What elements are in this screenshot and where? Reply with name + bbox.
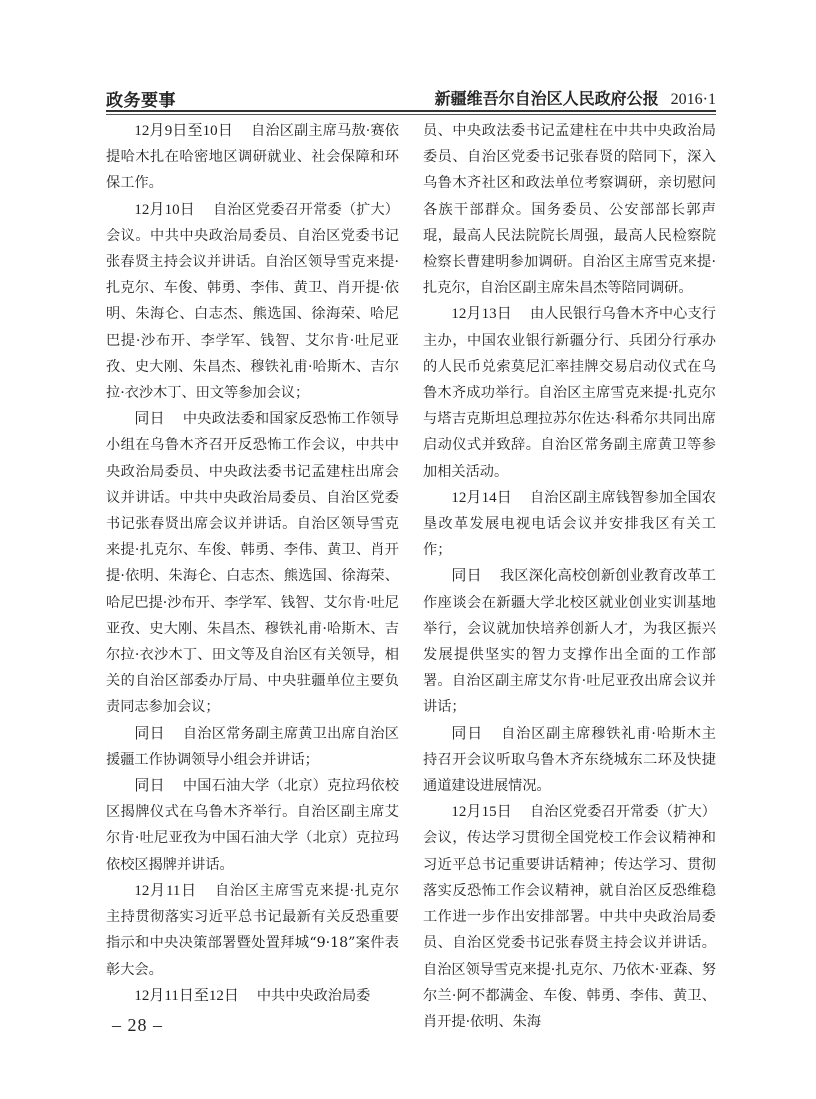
news-entry: 同日中央政法委和国家反恐怖工作领导小组在乌鲁木齐召开反恐怖工作会议，中共中央政治… [106, 406, 399, 720]
entry-date: 12月9日至10日 [134, 123, 233, 139]
news-entry: 12月9日至10日自治区副主席马敖·赛依提哈木扎在哈密地区调研就业、社会保障和环… [106, 118, 399, 197]
header-rule-thick [106, 110, 716, 112]
right-column: 员、中央政法委书记孟建柱在中共中央政治局委员、自治区党委书记张春贤的陪同下，深入… [423, 118, 716, 1035]
news-entry: 同日自治区副主席穆铁礼甫·哈斯木主持召开会议听取乌鲁木齐东绕城东二环及快捷通道建… [423, 721, 716, 800]
entry-date: 12月11日 [134, 883, 197, 899]
news-entry: 12月10日自治区党委召开常委（扩大）会议。中共中央政治局委员、自治区党委书记张… [106, 197, 399, 407]
news-entry: 12月15日自治区党委召开常委（扩大）会议，传达学习贯彻全国党校工作会议精神和习… [423, 799, 716, 1035]
entry-text: 自治区党委召开常委（扩大）会议。中共中央政治局委员、自治区党委书记张春贤主持会议… [106, 202, 399, 401]
header-rule-thin [106, 114, 716, 115]
news-entry: 同日中国石油大学（北京）克拉玛依校区揭牌仪式在乌鲁木齐举行。自治区副主席艾尔肯·… [106, 773, 399, 878]
left-column: 12月9日至10日自治区副主席马敖·赛依提哈木扎在哈密地区调研就业、社会保障和环… [106, 118, 399, 1009]
page-number: – 28 – [112, 1015, 163, 1036]
entry-date: 同日 [134, 726, 164, 742]
entry-text: 我区深化高校创新创业教育改革工作座谈会在新疆大学北校区就业创业实训基地举行，会议… [423, 568, 716, 715]
entry-date: 12月15日 [451, 804, 512, 820]
entry-date: 12月10日 [134, 202, 195, 218]
entry-date: 同日 [451, 568, 481, 584]
entry-date: 12月13日 [451, 306, 512, 322]
entry-text: 员、中央政法委书记孟建柱在中共中央政治局委员、自治区党委书记张春贤的陪同下，深入… [423, 123, 716, 296]
issue-number: 2016·1 [671, 91, 716, 108]
news-entry: 同日自治区常务副主席黄卫出席自治区援疆工作协调领导小组会并讲话； [106, 721, 399, 773]
entry-text: 中央政法委和国家反恐怖工作领导小组在乌鲁木齐召开反恐怖工作会议，中共中央政治局委… [106, 411, 399, 715]
news-entry: 12月11日至12日中共中央政治局委 [106, 983, 399, 1009]
entry-text: 由人民银行乌鲁木齐中心支行主办，中国农业银行新疆分行、兵团分行承办的人民币兑索莫… [423, 306, 716, 479]
entry-date: 12月11日至12日 [134, 988, 238, 1004]
section-title: 政务要事 [106, 86, 176, 111]
news-entry: 12月13日由人民银行乌鲁木齐中心支行主办，中国农业银行新疆分行、兵团分行承办的… [423, 301, 716, 484]
running-header: 政务要事 新疆维吾尔自治区人民政府公报2016·1 [106, 86, 716, 108]
entry-date: 同日 [134, 411, 164, 427]
news-entry: 员、中央政法委书记孟建柱在中共中央政治局委员、自治区党委书记张春贤的陪同下，深入… [423, 118, 716, 301]
entry-text: 自治区党委召开常委（扩大）会议，传达学习贯彻全国党校工作会议精神和习近平总书记重… [423, 804, 716, 1030]
news-entry: 同日我区深化高校创新创业教育改革工作座谈会在新疆大学北校区就业创业实训基地举行，… [423, 563, 716, 720]
entry-date: 同日 [451, 726, 483, 742]
entry-date: 同日 [134, 778, 164, 794]
news-entry: 12月11日自治区主席雪克来提·扎克尔主持贯彻落实习近平总书记最新有关反恐重要指… [106, 878, 399, 983]
news-entry: 12月14日自治区副主席钱智参加全国农垦改革发展电视电话会议并安排我区有关工作； [423, 485, 716, 564]
publication-name: 新疆维吾尔自治区人民政府公报 [435, 89, 659, 108]
entry-text: 中共中央政治局委 [257, 988, 371, 1004]
publication-title: 新疆维吾尔自治区人民政府公报2016·1 [435, 86, 716, 109]
entry-date: 12月14日 [451, 490, 512, 506]
